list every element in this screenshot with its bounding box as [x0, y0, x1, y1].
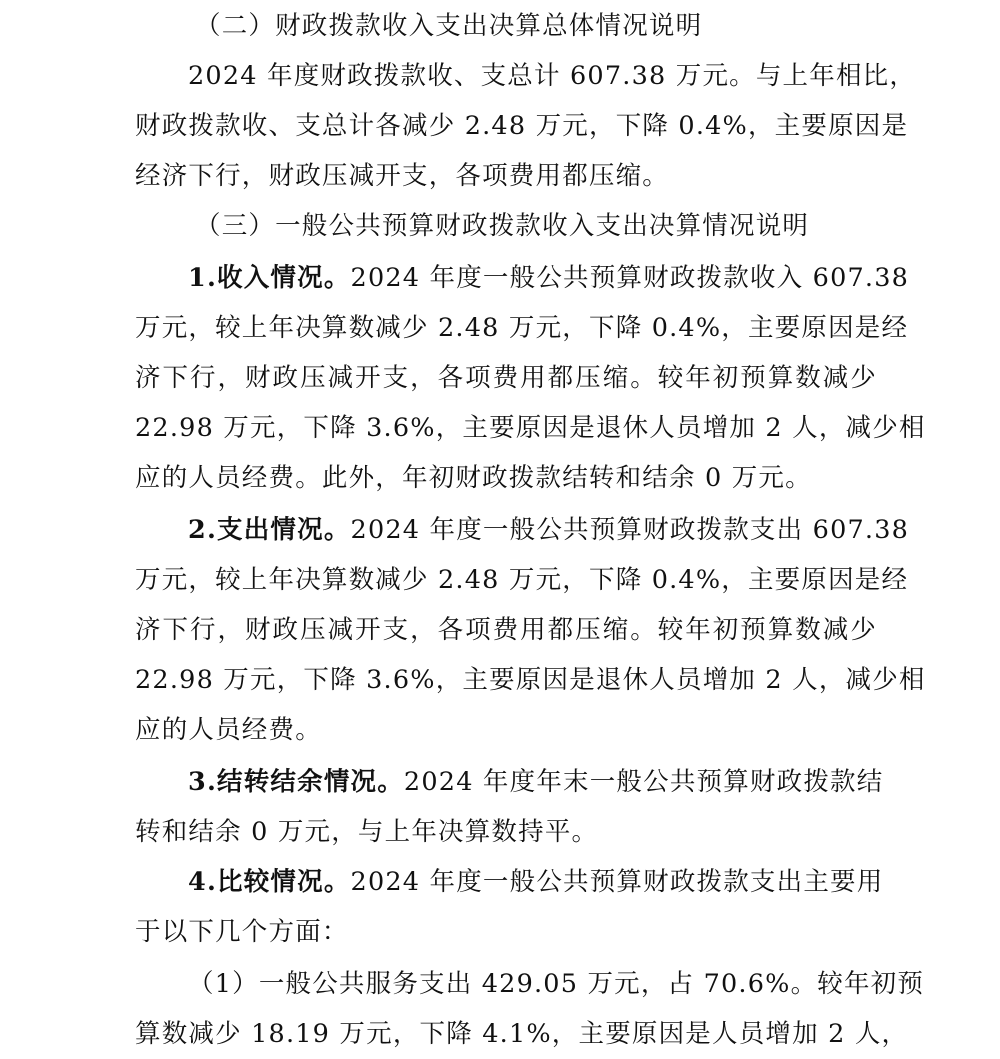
- section-heading-2: （二）财政拨款收入支出决算总体情况说明: [195, 6, 702, 46]
- paragraph-line: 万元，较上年决算数减少 2.48 万元，下降 0.4%，主要原因是经: [135, 560, 877, 600]
- paragraph-line: 应的人员经费。: [135, 710, 322, 750]
- paragraph-line: 济下行，财政压减开支，各项费用都压缩。较年初预算数减少: [135, 610, 877, 650]
- paragraph-line: 2.支出情况。2024 年度一般公共预算财政拨款支出 607.38: [188, 510, 877, 550]
- paragraph-line: （1）一般公共服务支出 429.05 万元，占 70.6%。较年初预: [188, 964, 877, 1004]
- paragraph-line: 2024 年度财政拨款收、支总计 607.38 万元。与上年相比，: [188, 56, 877, 96]
- expenditure-text: 2024 年度一般公共预算财政拨款支出 607.38: [351, 515, 910, 545]
- paragraph-line: 4.比较情况。2024 年度一般公共预算财政拨款支出主要用: [188, 862, 877, 902]
- paragraph-line: 经济下行，财政压减开支，各项费用都压缩。: [135, 156, 669, 196]
- section-heading-3: （三）一般公共预算财政拨款收入支出决算情况说明: [195, 206, 809, 246]
- comparison-text: 2024 年度一般公共预算财政拨款支出主要用: [351, 867, 884, 897]
- paragraph-line: 22.98 万元，下降 3.6%，主要原因是退休人员增加 2 人，减少相: [135, 408, 877, 448]
- comparison-lead: 4.比较情况。: [188, 867, 351, 897]
- paragraph-line: 万元，较上年决算数减少 2.48 万元，下降 0.4%，主要原因是经: [135, 308, 877, 348]
- paragraph-line: 于以下几个方面：: [135, 912, 349, 952]
- income-lead: 1.收入情况。: [188, 263, 351, 293]
- paragraph-line: 算数减少 18.19 万元，下降 4.1%，主要原因是人员增加 2 人，: [135, 1014, 877, 1054]
- expenditure-lead: 2.支出情况。: [188, 515, 351, 545]
- paragraph-line: 1.收入情况。2024 年度一般公共预算财政拨款收入 607.38: [188, 258, 877, 298]
- carryover-lead: 3.结转结余情况。: [188, 767, 404, 797]
- carryover-text: 2024 年度年末一般公共预算财政拨款结: [404, 767, 884, 797]
- paragraph-line: 22.98 万元，下降 3.6%，主要原因是退休人员增加 2 人，减少相: [135, 660, 877, 700]
- paragraph-line: 转和结余 0 万元，与上年决算数持平。: [135, 812, 598, 852]
- income-text: 2024 年度一般公共预算财政拨款收入 607.38: [351, 263, 910, 293]
- paragraph-line: 应的人员经费。此外，年初财政拨款结转和结余 0 万元。: [135, 458, 812, 498]
- paragraph-line: 财政拨款收、支总计各减少 2.48 万元，下降 0.4%，主要原因是: [135, 106, 877, 146]
- paragraph-line: 济下行，财政压减开支，各项费用都压缩。较年初预算数减少: [135, 358, 877, 398]
- paragraph-line: 3.结转结余情况。2024 年度年末一般公共预算财政拨款结: [188, 762, 877, 802]
